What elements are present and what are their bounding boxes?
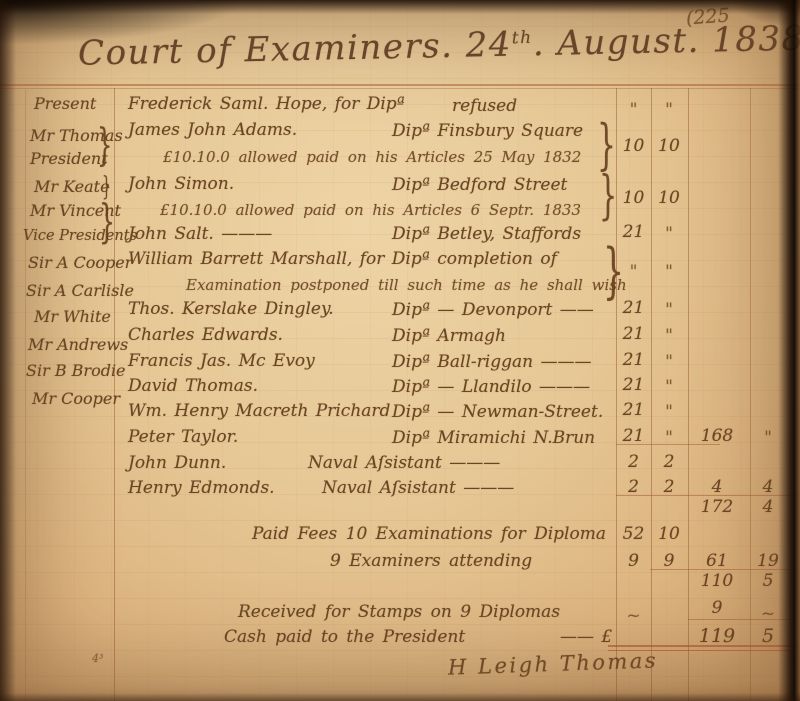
entry-note: £10.10.0 allowed paid on his Articles 25…	[163, 148, 581, 166]
balance-pounds: 110	[690, 571, 744, 591]
book-corner-top-left	[0, 0, 240, 44]
amount-shillings: "	[652, 224, 686, 244]
amount-shillings: "	[652, 262, 686, 282]
examiners-label: 9 Examiners attending	[330, 551, 532, 571]
amount-shillings: "	[652, 326, 686, 346]
attendee-name: Sir B Brodie	[26, 361, 126, 380]
amount-shillings: "	[652, 402, 686, 422]
book-edge-bottom	[0, 693, 800, 701]
entry-place: Dipª Finsbury Square	[392, 121, 583, 141]
sum-rule	[616, 495, 798, 496]
total-pounds: 4	[690, 477, 744, 497]
entry-place: Dipª — Newman-Street.	[392, 402, 603, 422]
examiners-pounds: 9	[617, 551, 650, 571]
currency-symbol: —— £	[560, 627, 612, 647]
fees-pounds: 52	[617, 524, 650, 544]
page-title-ordinal: th	[512, 28, 533, 48]
amount-pounds: "	[617, 100, 650, 120]
stamps-mark: ~	[617, 606, 650, 626]
amount-shillings: 10	[652, 188, 686, 208]
attendee-name: President	[30, 149, 108, 168]
margin-brace: }	[99, 198, 115, 244]
attendee-name: Mr White	[34, 307, 111, 326]
money-column-rule-3	[688, 88, 689, 701]
examiners-total-pounds: 61	[690, 551, 744, 571]
amount-pounds: 21	[617, 324, 650, 344]
amount-shillings: "	[652, 300, 686, 320]
subtotal-pounds: 172	[690, 497, 744, 517]
entry-name: Charles Edwards.	[128, 325, 283, 345]
entry-brace: }	[599, 170, 617, 222]
entry-place: Dipª Betley, Staffords	[392, 224, 581, 244]
entry-place: Dipª — Devonport ——	[392, 300, 594, 320]
attendee-name: Sir A Cooper	[28, 253, 132, 272]
examiners-shillings: 9	[652, 551, 686, 571]
entry-place: Dipª Miramichi N.Brun	[392, 428, 595, 448]
book-edge-right	[778, 0, 800, 701]
total-pounds: 168	[690, 426, 744, 446]
amount-pounds: "	[617, 262, 650, 282]
amount-pounds: 21	[617, 375, 650, 395]
amount-shillings: 10	[652, 136, 686, 156]
amount-pounds: 21	[617, 298, 650, 318]
margin-rule	[25, 90, 26, 701]
entry-name: Thos. Kerslake Dingley.	[128, 299, 334, 319]
fees-label: Paid Fees 10 Examinations for Diploma	[252, 524, 606, 544]
sum-rule	[650, 569, 798, 570]
amount-pounds: 21	[617, 350, 650, 370]
attendee-name: Present	[34, 94, 96, 113]
amount-pounds: 2	[617, 452, 650, 472]
amount-shillings: "	[652, 352, 686, 372]
entry-place: Dipª Bedford Street	[392, 175, 567, 195]
book-edge-left	[0, 0, 16, 701]
entry-name: Henry Edmonds.	[128, 478, 275, 498]
amount-pounds: 21	[617, 400, 650, 420]
entry-note: £10.10.0 allowed paid on his Articles 6 …	[160, 201, 581, 219]
heading-rule-top	[0, 84, 800, 86]
amount-shillings: "	[652, 428, 686, 448]
margin-brace: }	[97, 124, 112, 168]
total-rule-top	[608, 645, 798, 647]
stamps-label: Received for Stamps on 9 Diplomas	[238, 602, 560, 622]
entry-name: James John Adams.	[128, 120, 297, 140]
amount-pounds: 21	[617, 222, 650, 242]
entry-place: Dipª Ball-riggan ———	[392, 352, 592, 372]
entry-name: Peter Taylor.	[128, 427, 238, 447]
attendee-name: Sir A Carlisle	[26, 281, 134, 300]
entry-name: John Simon.	[128, 174, 234, 194]
attendee-name: Mr Andrews	[28, 335, 128, 354]
entry-name: Frederick Saml. Hope, for Dipª	[128, 94, 405, 114]
amount-shillings: 2	[652, 452, 686, 472]
entry-note: Examination postponed till such time as …	[186, 276, 627, 294]
signature: H Leigh Thomas	[448, 648, 659, 679]
heading-rule-bottom	[0, 88, 800, 89]
entry-name: John Dunn.	[128, 453, 226, 473]
footnote-mark: 4³	[92, 652, 103, 665]
attendee-name: Vice Presidents	[23, 228, 137, 244]
amount-pounds: 21	[617, 426, 650, 446]
entry-role: Naval Aſsistant ———	[322, 478, 514, 498]
amount-shillings: "	[652, 377, 686, 397]
entry-role: Naval Aſsistant ———	[308, 453, 500, 473]
entry-brace: }	[597, 118, 616, 172]
entry-name: William Barrett Marshall, for Dipª compl…	[128, 249, 557, 269]
entry-name: Francis Jas. Mc Evoy	[128, 351, 315, 371]
entry-result: refused	[452, 96, 517, 116]
cash-pounds: 119	[690, 625, 744, 647]
stamps-pounds: 9	[690, 598, 744, 618]
entry-name: Wm. Henry Macreth Prichard	[128, 401, 390, 421]
amount-pounds: 10	[617, 188, 650, 208]
entry-place: Dipª Armagh	[392, 326, 506, 346]
sum-rule	[616, 444, 720, 445]
fees-shillings: 10	[652, 524, 686, 544]
attendee-name: Mr Cooper	[32, 389, 120, 408]
amount-shillings: 2	[652, 477, 686, 497]
entry-name: John Salt. ———	[128, 224, 272, 244]
entry-name: David Thomas.	[128, 376, 258, 396]
amount-pounds: 10	[617, 136, 650, 156]
entry-place: Dipª — Llandilo ———	[392, 377, 590, 397]
amount-shillings: "	[652, 100, 686, 120]
cash-label: Cash paid to the President	[224, 627, 465, 647]
amount-pounds: 2	[617, 477, 650, 497]
ledger-page: (225 Court of Examiners. 24th. August. 1…	[0, 0, 800, 701]
